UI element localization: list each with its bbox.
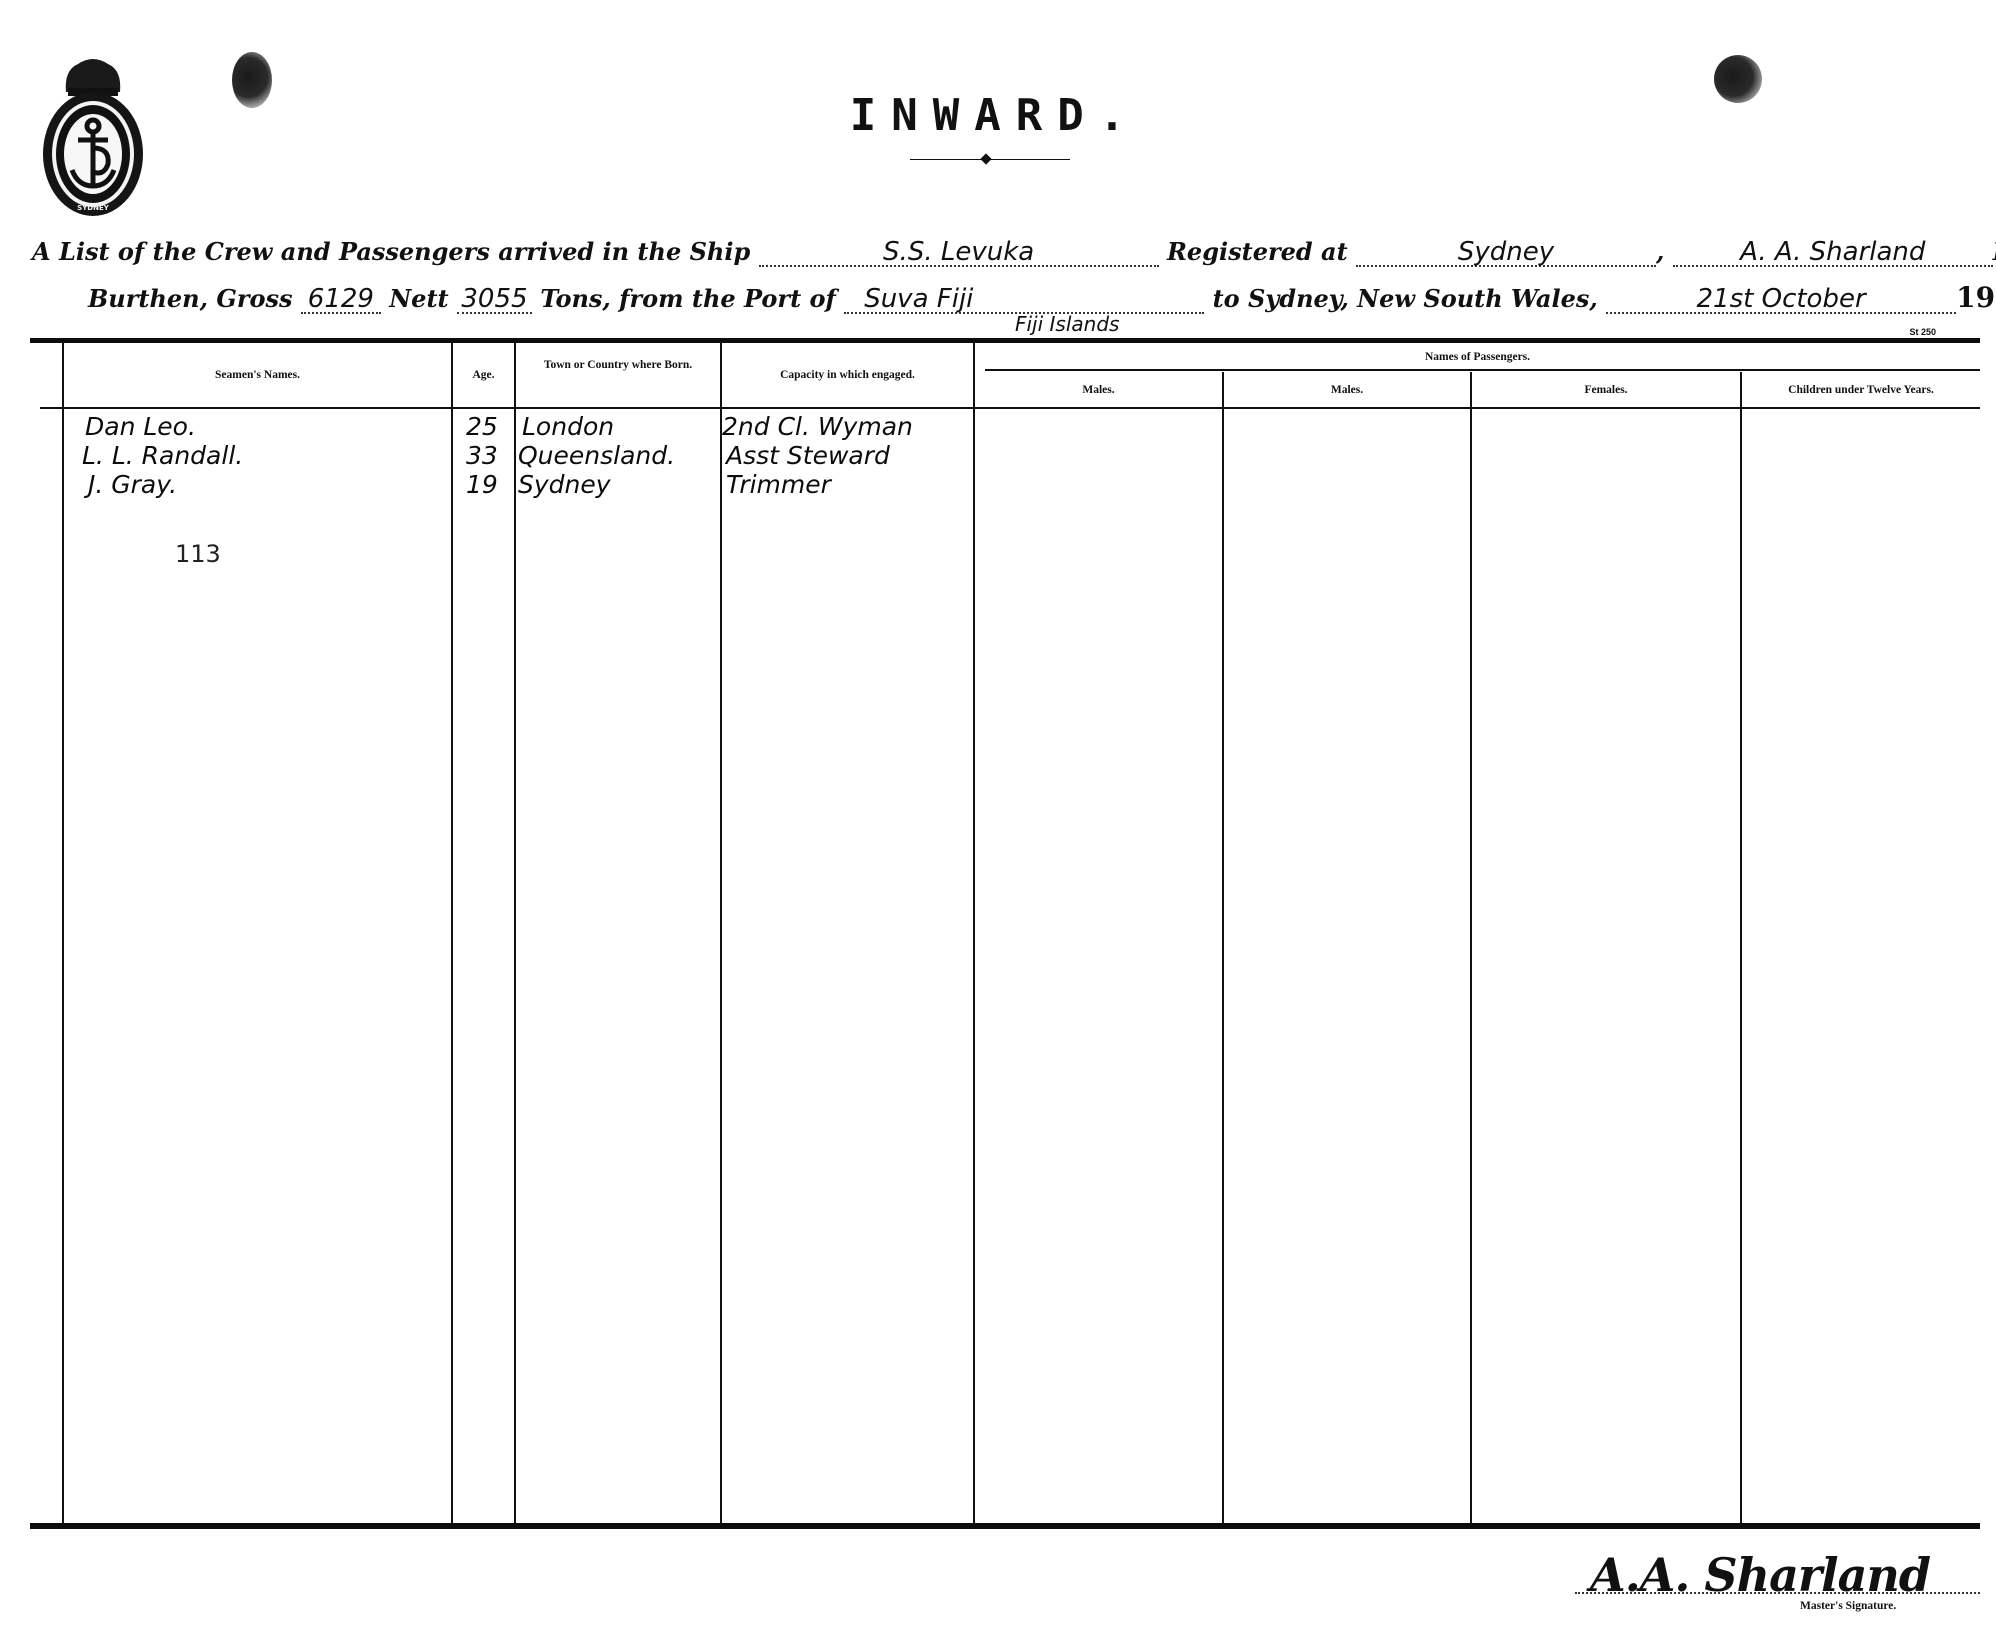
- col-header-males-1: Males.: [975, 383, 1222, 397]
- col-line-name-age: [451, 343, 453, 1525]
- passengers-sub-rule: [985, 369, 1980, 371]
- seaman-age: 19: [466, 470, 498, 499]
- list-label: A List of the Crew and Passengers arrive…: [32, 237, 750, 266]
- port-of-departure: Suva Fiji: [864, 284, 973, 314]
- col-header-seamen-names: Seamen's Names.: [64, 368, 451, 382]
- nett-tons: 3055: [461, 284, 527, 314]
- document-title: INWARD.: [790, 92, 1200, 140]
- seaman-town: Queensland.: [518, 441, 675, 470]
- port-field: Suva Fiji: [844, 284, 1204, 314]
- seaman-name: J. Gray.: [88, 470, 177, 499]
- header-line-2: Burthen, Gross 6129 Nett 3055 Tons, from…: [88, 283, 1996, 314]
- shipping-department-seal: SYDNEY: [38, 52, 148, 220]
- hole-punch-left: [232, 52, 272, 108]
- col-header-capacity: Capacity in which engaged.: [722, 368, 973, 382]
- seaman-name: Dan Leo.: [85, 412, 196, 441]
- col-header-children: Children under Twelve Years.: [1742, 383, 1980, 397]
- hole-punch-right: [1714, 55, 1762, 103]
- master-name-field: A. A. Sharland: [1673, 237, 1993, 267]
- date-field: 21st October: [1606, 284, 1956, 314]
- tons-port-label: Tons, from the Port of: [540, 284, 836, 313]
- col-header-age: Age.: [453, 368, 514, 382]
- signature-line: [1575, 1592, 1980, 1594]
- table-row: Dan Leo. 25 London 2nd Cl. Wyman: [0, 412, 1000, 441]
- burthen-label: Burthen, Gross: [88, 284, 293, 313]
- table-row: J. Gray. 19 Sydney Trimmer: [0, 470, 1000, 499]
- title-ornament: [910, 158, 1070, 161]
- seaman-capacity: 2nd Cl. Wyman: [722, 412, 913, 441]
- ship-name-field: S.S. Levuka: [759, 237, 1159, 267]
- col-header-females: Females.: [1472, 383, 1740, 397]
- registered-at-field: Sydney: [1356, 237, 1656, 267]
- seaman-town: Sydney: [518, 470, 611, 499]
- header-bottom-rule: [40, 407, 1980, 409]
- seaman-capacity: Asst Steward: [726, 441, 890, 470]
- seal-icon: SYDNEY: [38, 52, 148, 220]
- signature-label: Master's Signature.: [1800, 1600, 1896, 1612]
- year-printed: 191: [1956, 281, 1996, 314]
- ship-name: S.S. Levuka: [883, 237, 1034, 267]
- nett-label: Nett: [389, 284, 448, 313]
- col-header-town: Town or Country where Born.: [530, 358, 706, 372]
- port-subtext: Fiji Islands: [1015, 312, 1119, 336]
- master-name: A. A. Sharland: [1740, 237, 1925, 267]
- col-line-females-children: [1740, 372, 1742, 1525]
- seaman-capacity: Trimmer: [726, 470, 831, 499]
- form-number: St 250: [1909, 327, 1936, 337]
- registered-label: Registered at: [1167, 237, 1348, 266]
- arrival-date: 21st October: [1697, 284, 1866, 314]
- seaman-age: 25: [466, 412, 498, 441]
- col-line-age-town: [514, 343, 516, 1525]
- table-row: L. L. Randall. 33 Queensland. Asst Stewa…: [0, 441, 1000, 470]
- gross-tons: 6129: [308, 284, 374, 314]
- registered-at: Sydney: [1458, 237, 1554, 267]
- col-line-males-males: [1222, 372, 1224, 1525]
- seaman-age: 33: [466, 441, 498, 470]
- destination-label: to Sydney, New South Wales,: [1213, 284, 1598, 313]
- gross-tons-field: 6129: [301, 284, 381, 314]
- table-top-rule: [30, 338, 1980, 343]
- col-header-passengers: Names of Passengers.: [975, 350, 1980, 364]
- col-header-males-2: Males.: [1224, 383, 1470, 397]
- col-line-town-capacity: [720, 343, 722, 1525]
- pencil-annotation: 113: [175, 540, 221, 568]
- svg-text:SYDNEY: SYDNEY: [77, 204, 110, 212]
- table-bottom-rule: [30, 1523, 1980, 1529]
- seaman-town: London: [522, 412, 614, 441]
- seaman-name: L. L. Randall.: [82, 441, 243, 470]
- col-line-males-females: [1470, 372, 1472, 1525]
- nett-tons-field: 3055: [457, 284, 532, 314]
- col-line-capacity-passengers: [973, 343, 975, 1525]
- header-line-1: A List of the Crew and Passengers arrive…: [32, 237, 1996, 267]
- col-line-left: [62, 343, 64, 1525]
